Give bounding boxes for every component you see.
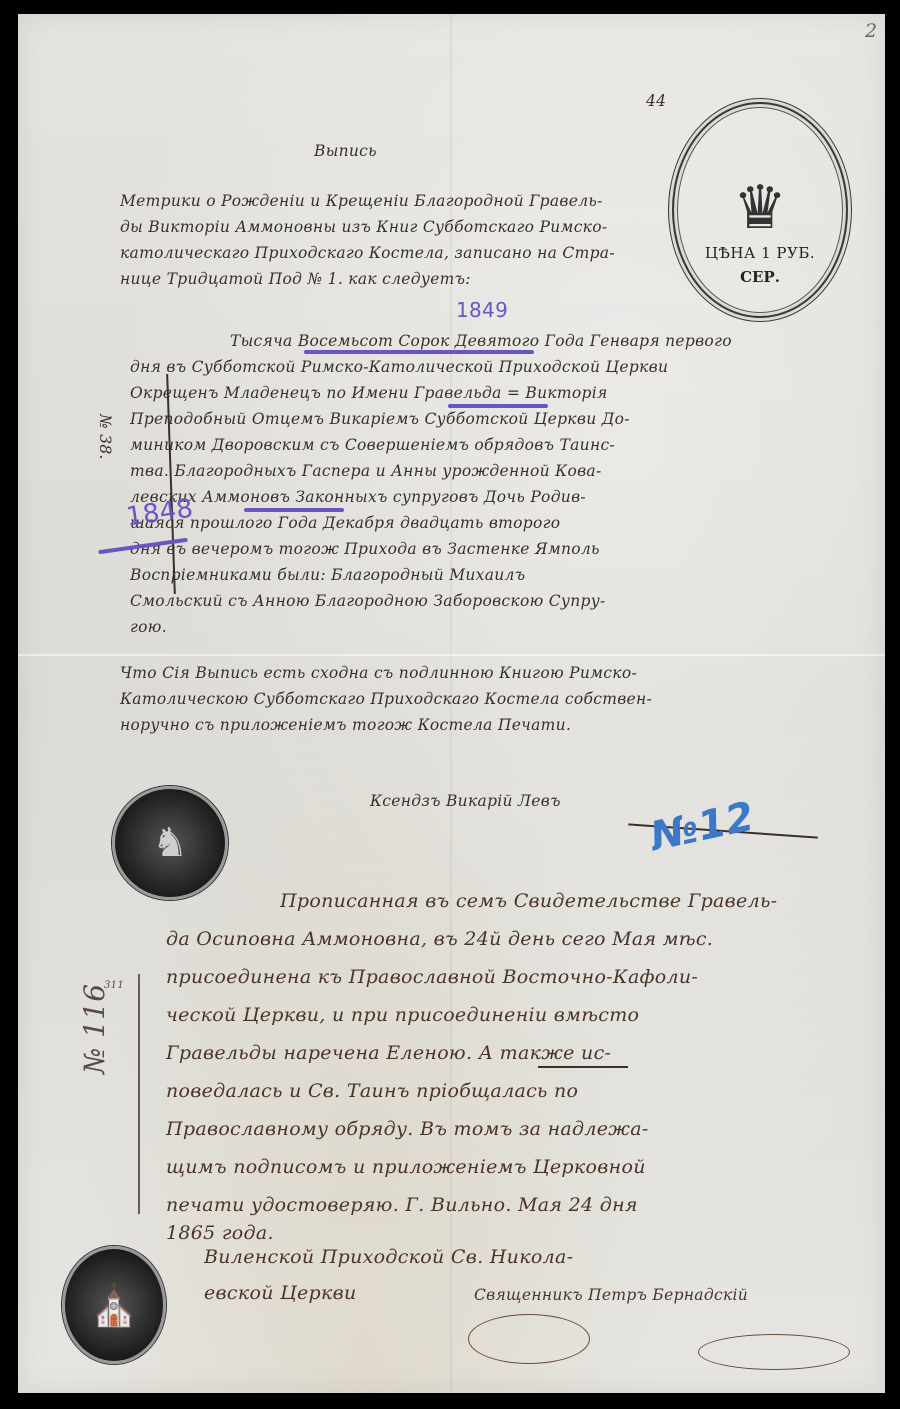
record-line: Тысяча Восемьсот Сорок Девятого Года Ген… (230, 332, 732, 350)
register-number: № 38. (96, 414, 114, 460)
signature-flourish (698, 1334, 850, 1370)
fold-line-horizontal (18, 654, 885, 656)
left-margin-number: № 116 (78, 984, 111, 1074)
orthodox-line: Прописанная въ семъ Свидетельстве Гравел… (280, 890, 777, 912)
margin-rule (138, 974, 140, 1214)
orthodox-line: 1865 года. (166, 1222, 274, 1244)
left-margin-small-number: 311 (104, 980, 124, 991)
purple-underline (448, 404, 548, 408)
signature-loop (468, 1314, 590, 1364)
orthodox-line: Гравельды наречена Еленою. А также ис- (166, 1042, 611, 1064)
certification-line: норучно съ приложеніемъ тогож Костела Пе… (120, 716, 571, 734)
saint-george-seal: ♞ (112, 786, 228, 900)
intro-line: ды Викторіи Аммоновны изъ Книг Субботска… (120, 218, 607, 236)
orthodox-line: Православному обряду. Въ томъ за надлежа… (166, 1118, 649, 1140)
sheet-number: 44 (646, 92, 666, 110)
double-headed-eagle-icon: ♛ (733, 178, 787, 238)
record-line: Смольский съ Анною Благородною Заборовск… (130, 592, 606, 610)
closing-line: евской Церкви (204, 1282, 357, 1304)
record-line: тва. Благородныхъ Гаспера и Анны урожден… (130, 462, 602, 480)
record-line: Воспріемниками были: Благородный Михаилъ (130, 566, 525, 584)
certification-line: Что Сія Выпись есть сходна съ подлинною … (120, 664, 637, 682)
record-line: миником Дворовским съ Совершеніемъ обряд… (130, 436, 615, 454)
church-seal-icon: ⛪ (89, 1282, 139, 1329)
blue-archive-number: №12 (646, 794, 758, 861)
name-underline (538, 1066, 628, 1068)
record-line: гою. (130, 618, 167, 636)
intro-line: нице Тридцатой Под № 1. как следуетъ: (120, 270, 471, 288)
orthodox-line: ческой Церкви, и при присоединеніи вмѣст… (166, 1004, 639, 1026)
record-line: дня въ вечеромъ тогож Прихода въ Застенк… (130, 540, 600, 558)
record-line: Окрещенъ Младенецъ по Имени Гравельда = … (130, 384, 608, 402)
church-seal: ⛪ (62, 1246, 166, 1364)
document-sheet: 2 44 ♛ ЦѢНА 1 РУБ. СЕР. Выпись Метрики о… (18, 14, 885, 1393)
orthodox-line: поведалась и Св. Таинъ пріобщалась по (166, 1080, 578, 1102)
priest-signature: Ксендзъ Викарій Левъ (370, 792, 561, 810)
record-line: левских Аммоновъ Законныхъ супруговъ Доч… (130, 488, 586, 506)
record-line: дня въ Субботской Римско-Католической Пр… (130, 358, 668, 376)
orthodox-line: да Осиповна Аммоновна, въ 24й день сего … (166, 928, 713, 950)
certification-line: Католическою Субботскаго Приходскаго Кос… (120, 690, 652, 708)
revenue-stamp: ♛ ЦѢНА 1 РУБ. СЕР. (672, 102, 848, 318)
document-title: Выпись (314, 142, 377, 160)
record-line: Преподобный Отцемъ Викаріемъ Субботской … (130, 410, 630, 428)
saint-george-seal-icon: ♞ (152, 820, 188, 866)
orthodox-line: печати удостоверяю. Г. Вильно. Мая 24 дн… (166, 1194, 638, 1216)
orthodox-line: присоединена къ Православной Восточно-Ка… (166, 966, 698, 988)
orthodox-line: щимъ подписомъ и приложеніемъ Церковной (166, 1156, 646, 1178)
stamp-currency: СЕР. (740, 268, 780, 286)
closing-line: Виленской Приходской Св. Никола- (204, 1246, 573, 1268)
intro-line: католическаго Приходскаго Костела, запис… (120, 244, 615, 262)
closing-signature: Священникъ Петръ Бернадскій (474, 1286, 748, 1304)
purple-underline (244, 508, 344, 512)
stamp-price: ЦѢНА 1 РУБ. (705, 244, 815, 262)
purple-underline (304, 350, 534, 354)
margin-bracket (166, 374, 176, 594)
year-annotation-1849: 1849 (456, 298, 508, 322)
intro-line: Метрики о Рожденіи и Крещеніи Благородно… (120, 192, 603, 210)
page-number: 2 (865, 20, 877, 42)
